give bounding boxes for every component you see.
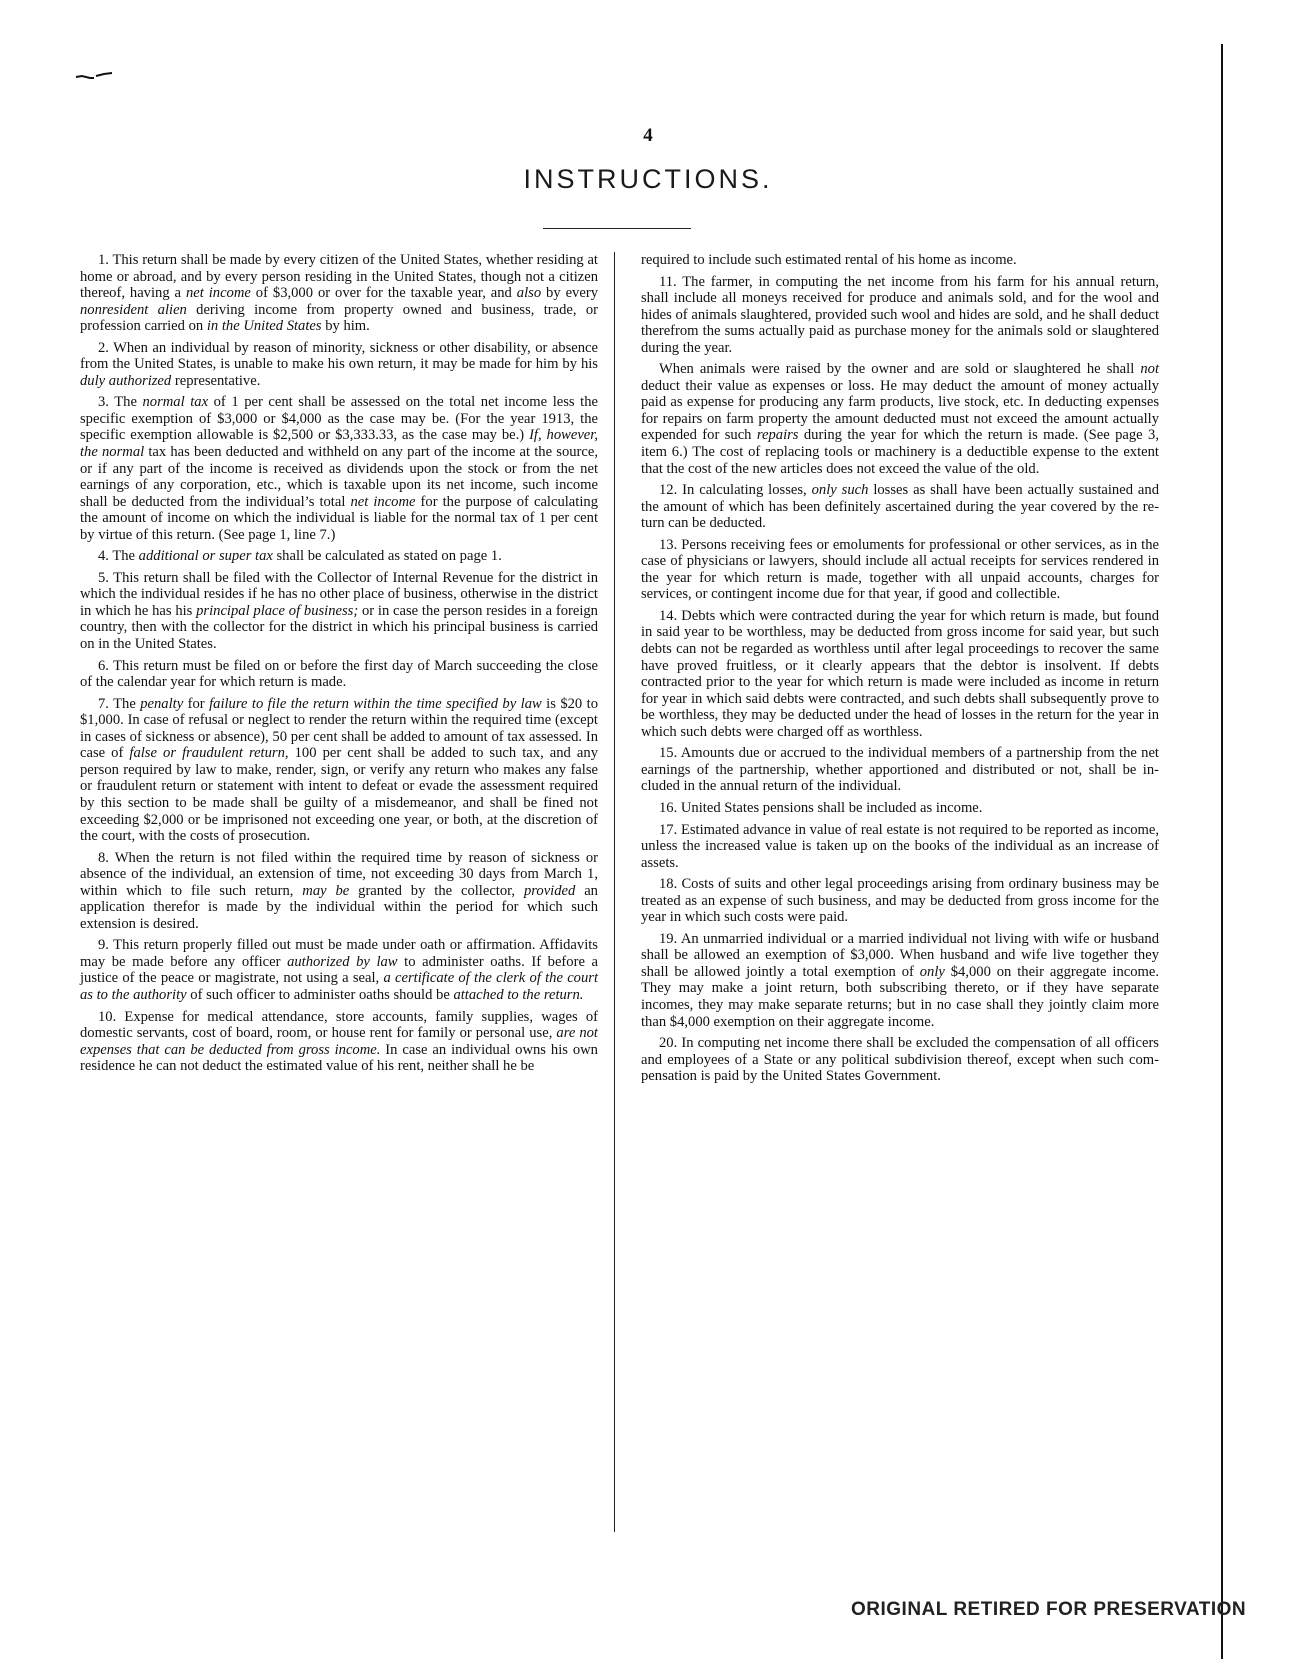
emphasized-text: also (517, 285, 541, 301)
emphasized-text: duly authorized (80, 373, 171, 389)
instruction-item-5: 5. This return shall be filed with the C… (80, 570, 598, 653)
body-text: 18. Costs of suits and other legal proce… (641, 876, 1159, 925)
emphasized-text: net income (350, 494, 415, 510)
body-text: 13. Persons receiving fees or emoluments… (641, 537, 1159, 603)
emphasized-text: not (1140, 361, 1159, 377)
body-text: 10. Expense for medical attendance, stor… (80, 1009, 598, 1042)
body-text: shall be calculated as stated on page 1. (273, 548, 502, 564)
body-text: representative. (171, 373, 260, 389)
body-text: 16. United States pensions shall be incl… (659, 800, 982, 816)
body-text: 4. The (98, 548, 139, 564)
left-column: 1. This return shall be made by every ci… (80, 252, 598, 1080)
emphasized-text: attached to the return. (453, 987, 583, 1003)
page-title: INSTRUCTIONS. (0, 164, 1296, 195)
body-text: 12. In calculating losses, (659, 482, 812, 498)
body-text: 17. Estimated advance in value of real e… (641, 822, 1159, 871)
scan-artifact-mark (74, 70, 124, 82)
body-text: 3. The (98, 394, 143, 410)
emphasized-text: in the United States (207, 318, 322, 334)
emphasized-text: authorized by law (287, 954, 397, 970)
body-text: required to include such estimated renta… (641, 252, 1017, 268)
body-text: 14. Debts which were contracted during t… (641, 608, 1159, 740)
emphasized-text: may be (302, 883, 349, 899)
preservation-stamp: ORIGINAL RETIRED FOR PRESERVATION (851, 1599, 1246, 1621)
emphasized-text: provided (524, 883, 575, 899)
emphasized-text: normal tax (143, 394, 209, 410)
emphasized-text: net income (186, 285, 251, 301)
instruction-item-3: 3. The normal tax of 1 per cent shall be… (80, 394, 598, 543)
instruction-item-10: 10. Expense for medical attendance, stor… (80, 1009, 598, 1075)
page-number: 4 (0, 125, 1296, 147)
instruction-item-7: 7. The penalty for failure to file the r… (80, 696, 598, 845)
emphasized-text: penalty (140, 696, 183, 712)
instruction-item-20: 20. In computing net income there shall … (641, 1035, 1159, 1085)
emphasized-text: failure to file the return within the ti… (209, 696, 542, 712)
body-text: When animals were raised by the owner an… (659, 361, 1140, 377)
instruction-item-13: 13. Persons receiving fees or emoluments… (641, 537, 1159, 603)
instruction-item-19: 19. An unmarried individual or a married… (641, 931, 1159, 1030)
body-text: 20. In computing net income there shall … (641, 1035, 1159, 1084)
body-text: by him. (322, 318, 370, 334)
instruction-item-8: 8. When the return is not filed within t… (80, 850, 598, 933)
instruction-item-11b: When animals were raised by the owner an… (641, 361, 1159, 477)
instruction-item-12: 12. In calculating losses, only such los… (641, 482, 1159, 532)
instruction-item-11: 11. The farmer, in computing the net inc… (641, 274, 1159, 357)
instruction-item-16: 16. United States pensions shall be incl… (641, 800, 1159, 817)
instruction-item-2: 2. When an individual by reason of minor… (80, 340, 598, 390)
instruction-item-18: 18. Costs of suits and other legal proce… (641, 876, 1159, 926)
emphasized-text: only such (812, 482, 869, 498)
instruction-item-10-cont: required to include such estimated renta… (641, 252, 1159, 269)
instruction-item-17: 17. Estimated advance in value of real e… (641, 822, 1159, 872)
emphasized-text: false or fraudulent return, (129, 745, 288, 761)
body-text: for (183, 696, 209, 712)
body-text: granted by the collector, (349, 883, 524, 899)
body-text: 7. The (98, 696, 140, 712)
body-text: of such officer to administer oaths shou… (187, 987, 454, 1003)
instruction-item-15: 15. Amounts due or accrued to the indivi… (641, 745, 1159, 795)
instruction-item-1: 1. This return shall be made by every ci… (80, 252, 598, 335)
body-text: 6. This return must be filed on or befor… (80, 658, 598, 691)
instruction-item-9: 9. This return properly filled out must … (80, 937, 598, 1003)
emphasized-text: nonresident alien (80, 302, 187, 318)
instruction-item-6: 6. This return must be filed on or befor… (80, 658, 598, 691)
emphasized-text: additional or super tax (139, 548, 273, 564)
instruction-item-14: 14. Debts which were contracted during t… (641, 608, 1159, 740)
body-text: by every (541, 285, 598, 301)
emphasized-text: only (920, 964, 945, 980)
emphasized-text: repairs (757, 427, 799, 443)
page-edge-line (1221, 44, 1223, 1659)
body-text: of $3,000 or over for the taxable year, … (251, 285, 517, 301)
title-divider (543, 228, 691, 229)
emphasized-text: principal place of business; (196, 603, 358, 619)
body-text: 15. Amounts due or accrued to the indivi… (641, 745, 1159, 794)
right-column: required to include such estimated renta… (641, 252, 1159, 1090)
body-text: 2. When an individual by reason of minor… (80, 340, 598, 373)
body-text: 11. The farmer, in computing the net inc… (641, 274, 1159, 356)
instruction-item-4: 4. The additional or super tax shall be … (80, 548, 598, 565)
column-divider (614, 252, 615, 1532)
